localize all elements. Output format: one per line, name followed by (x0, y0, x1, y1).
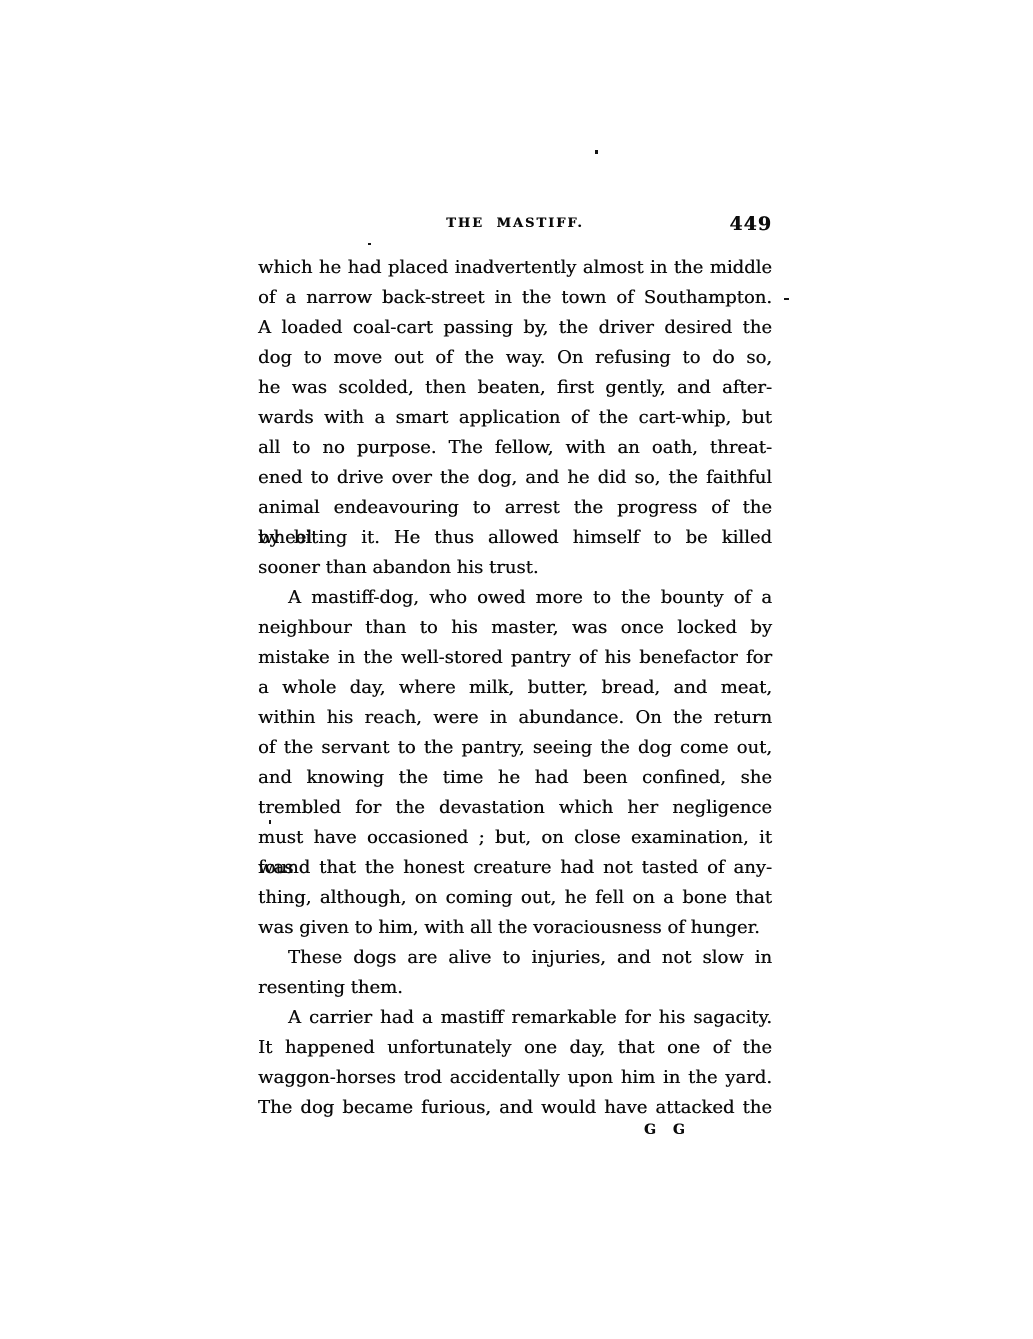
text-line: must have occasioned ; but, on close exa… (258, 823, 772, 853)
text-line: he was scolded, then beaten, first gentl… (258, 373, 772, 403)
text-line: dog to move out of the way. On refusing … (258, 343, 772, 373)
text-line: waggon-horses trod accidentally upon him… (258, 1063, 772, 1093)
scan-speck (784, 298, 789, 300)
text-line: and knowing the time he had been confine… (258, 763, 772, 793)
text-line: which he had placed inadvertently almost… (258, 253, 772, 283)
text-line: wards with a smart application of the ca… (258, 403, 772, 433)
text-line: thing, although, on coming out, he fell … (258, 883, 772, 913)
text-line: ened to drive over the dog, and he did s… (258, 463, 772, 493)
text-line: neighbour than to his master, was once l… (258, 613, 772, 643)
text-line: These dogs are alive to injuries, and no… (258, 943, 772, 973)
text-line: of a narrow back-street in the town of S… (258, 283, 772, 313)
text-line: A carrier had a mastiff remarkable for h… (258, 1003, 772, 1033)
text-line: of the servant to the pantry, seeing the… (258, 733, 772, 763)
text-line: It happened unfortunately one day, that … (258, 1033, 772, 1063)
text-line: mistake in the well-stored pantry of his… (258, 643, 772, 673)
text-line: within his reach, were in abundance. On … (258, 703, 772, 733)
text-line: found that the honest creature had not t… (258, 853, 772, 883)
text-line: by biting it. He thus allowed himself to… (258, 523, 772, 553)
text-line: animal endeavouring to arrest the progre… (258, 493, 772, 523)
text-line: A mastiff-dog, who owed more to the boun… (258, 583, 772, 613)
text-line: A loaded coal-cart passing by, the drive… (258, 313, 772, 343)
text-line: sooner than abandon his trust. (258, 553, 772, 583)
body-text: which he had placed inadvertently almost… (258, 253, 772, 1123)
scan-speck (368, 243, 371, 245)
text-line: resenting them. (258, 973, 772, 1003)
text-line: The dog became furious, and would have a… (258, 1093, 772, 1123)
scan-speck (595, 150, 598, 154)
text-line: a whole day, where milk, butter, bread, … (258, 673, 772, 703)
page-number: 449 (729, 213, 772, 235)
book-page: THE MASTIFF. 449 which he had placed ina… (0, 0, 1033, 1339)
scan-speck (269, 820, 271, 824)
text-line: trembled for the devastation which her n… (258, 793, 772, 823)
printer-signature-mark: G G (644, 1122, 691, 1138)
running-head-title: THE MASTIFF. (258, 216, 772, 231)
running-head: THE MASTIFF. 449 (258, 213, 772, 235)
text-line: was given to him, with all the voracious… (258, 913, 772, 943)
text-line: all to no purpose. The fellow, with an o… (258, 433, 772, 463)
